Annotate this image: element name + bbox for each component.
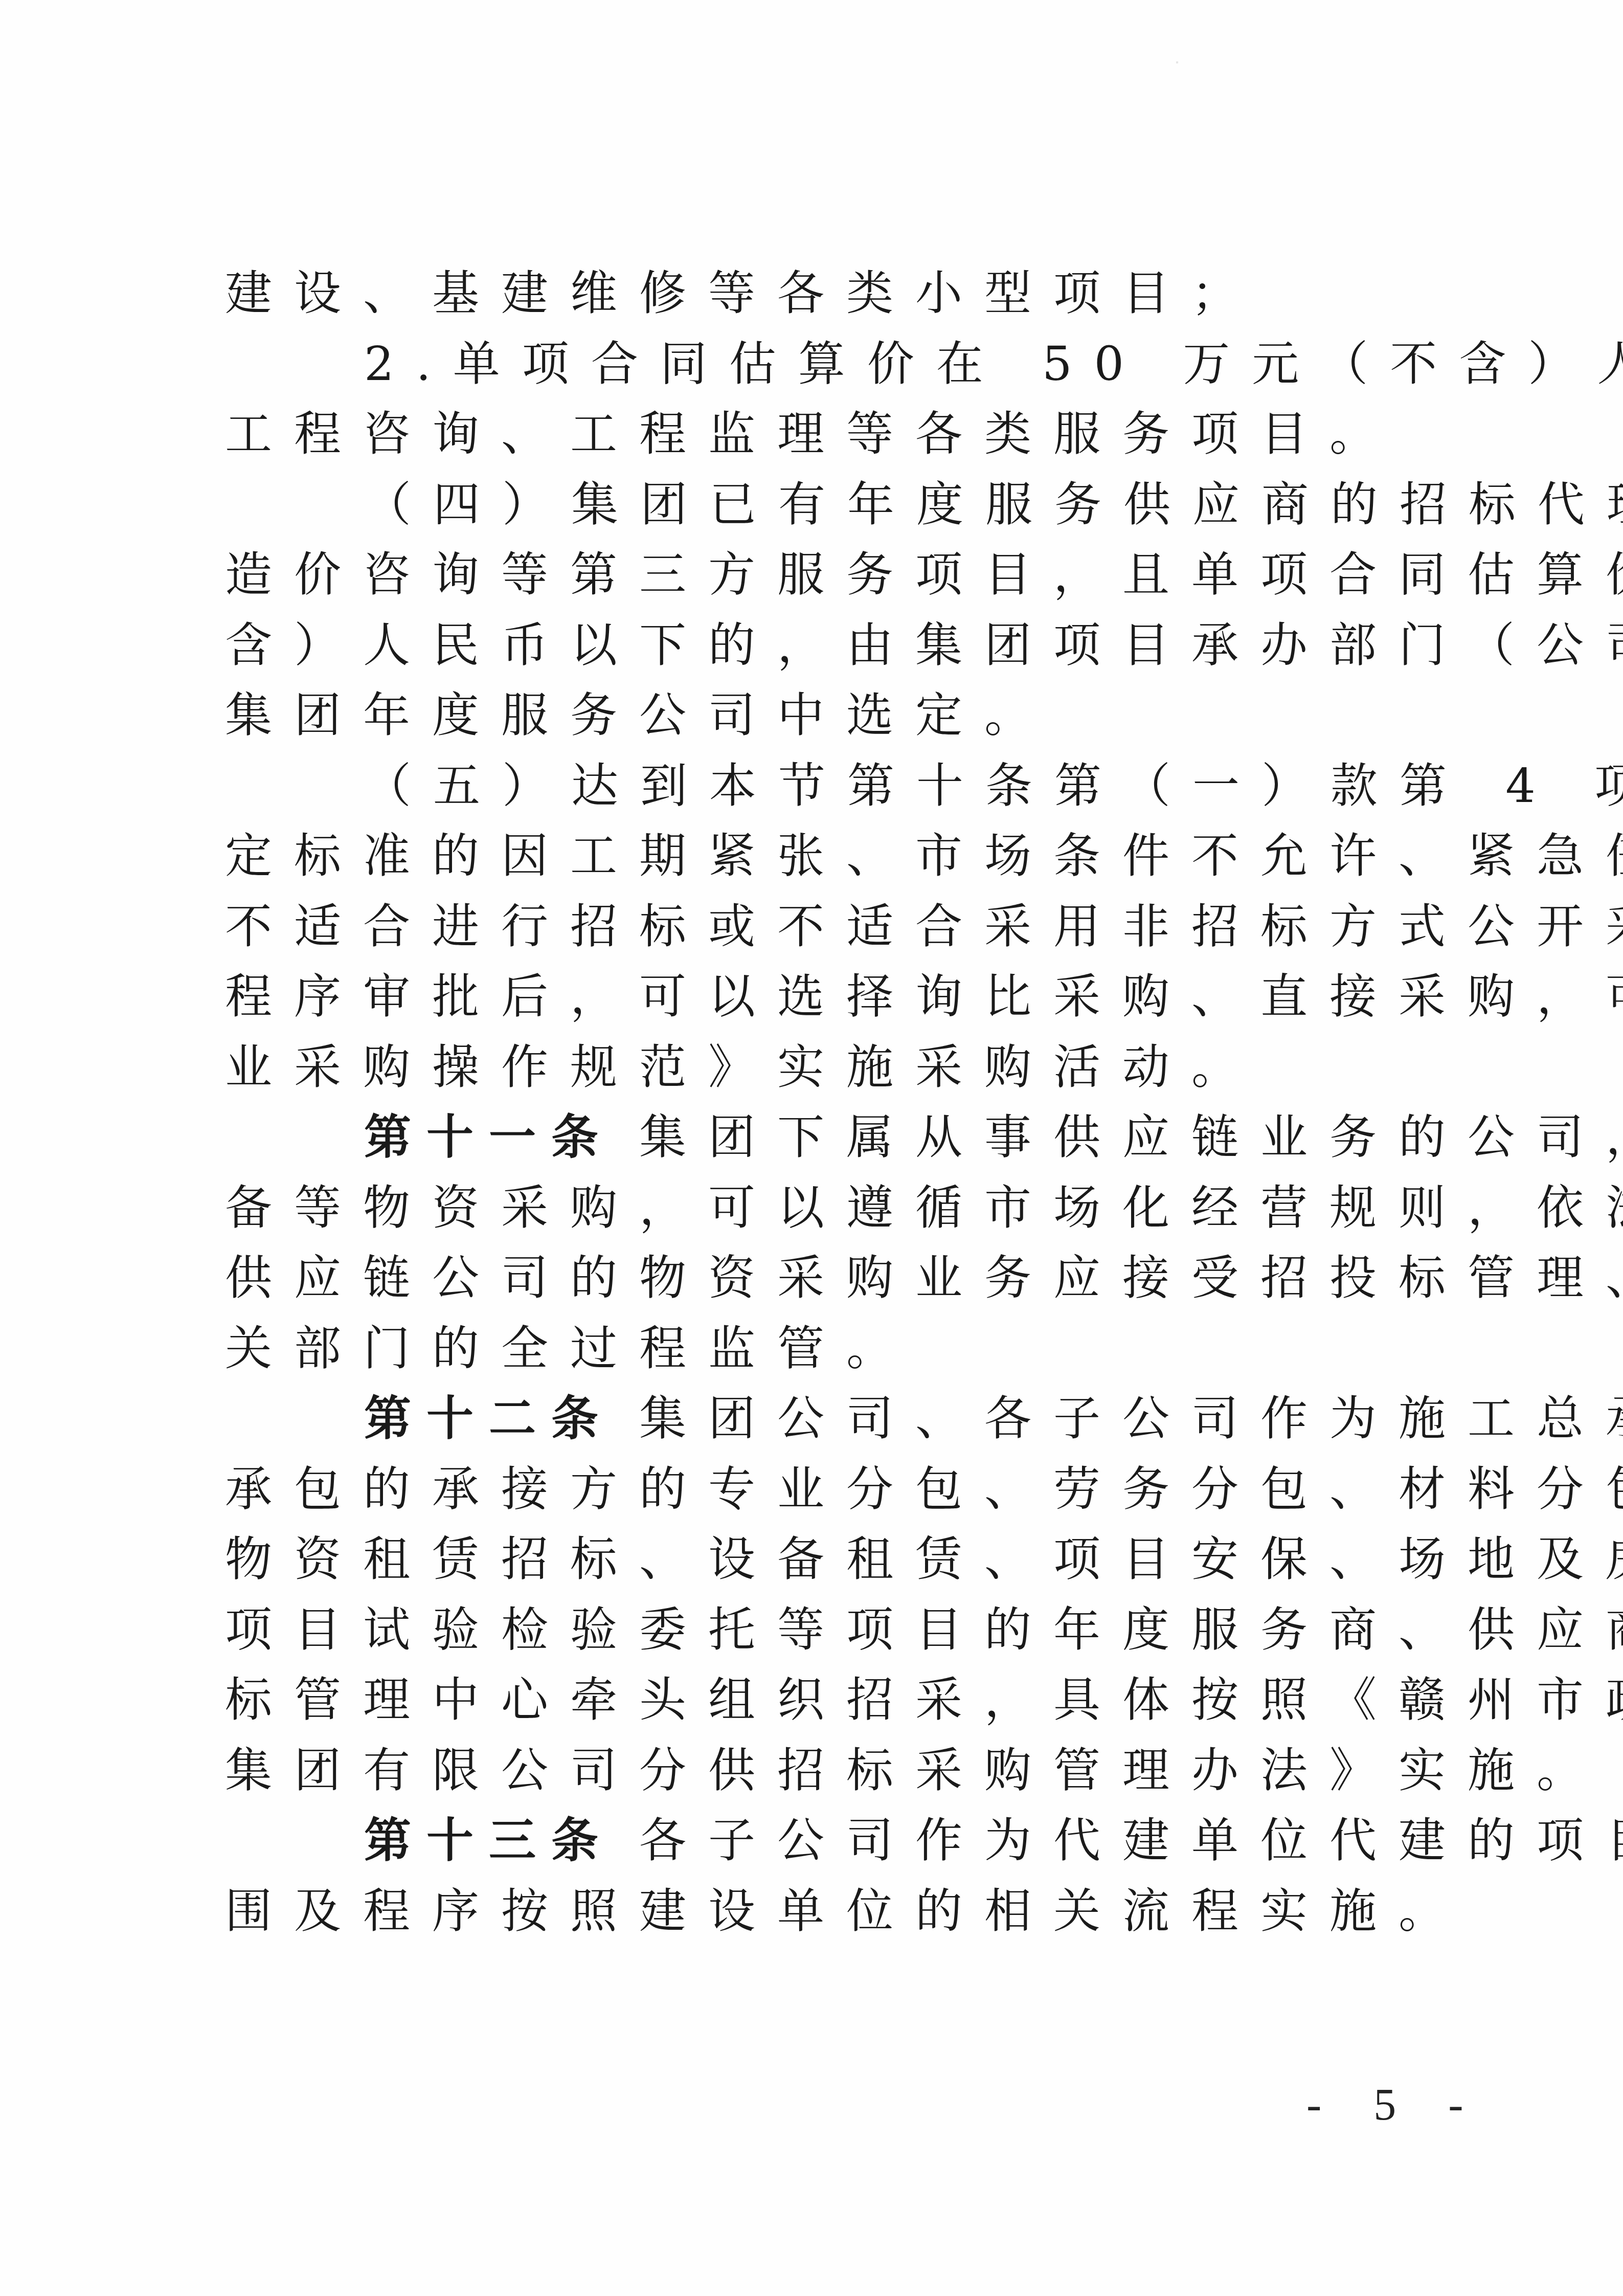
text-line: （四）集团已有年度服务供应商的招标代理、工程咨询、 (225, 470, 1416, 540)
line-text: 程序审批后，可以选择询比采购、直接采购，可参考《国有企 (225, 969, 1623, 1024)
text-line: 不适合进行招标或不适合采用非招标方式公开采购的项目，按 (225, 891, 1416, 962)
line-text: （四）集团已有年度服务供应商的招标代理、工程咨询、 (364, 477, 1623, 532)
text-line: 造价咨询等第三方服务项目，且单项合同估算价在 50 万元（不 (225, 540, 1416, 610)
text-line: 集团年度服务公司中选定。 (225, 680, 1416, 751)
article-heading: 第十二条 (364, 1391, 614, 1446)
article-heading: 第十一条 (364, 1110, 614, 1165)
text-line: 承包的承接方的专业分包、劳务分包、材料分包、设备分包、 (225, 1454, 1416, 1525)
text-line: 项目试验检验委托等项目的年度服务商、供应商，由集团招投 (225, 1595, 1416, 1665)
line-text: 集团有限公司分供招标采购管理办法》实施。 (225, 1743, 1606, 1798)
line-text: 标管理中心牵头组织招采，具体按照《赣州市政公用投资控股 (225, 1673, 1623, 1727)
text-line: 程序审批后，可以选择询比采购、直接采购，可参考《国有企 (225, 962, 1416, 1032)
text-line: 标管理中心牵头组织招采，具体按照《赣州市政公用投资控股 (225, 1665, 1416, 1735)
line-text: 含）人民币以下的，由集团项目承办部门（公司）按照规定从 (225, 618, 1623, 673)
line-text: 备等物资采购，可以遵循市场化经营规则，依法依规组织实施， (225, 1180, 1623, 1235)
scan-artifact (1176, 61, 1178, 63)
line-text: 集团年度服务公司中选定。 (225, 688, 1053, 743)
text-line: 物资租赁招标、设备租赁、项目安保、场地及房屋租赁洽谈、 (225, 1524, 1416, 1595)
line-text: 工程咨询、工程监理等各类服务项目。 (225, 407, 1399, 461)
line-text: 造价咨询等第三方服务项目，且单项合同估算价在 50 万元（不 (225, 547, 1623, 602)
text-line: 业采购操作规范》实施采购活动。 (225, 1032, 1416, 1103)
line-text: 关部门的全过程监管。 (225, 1321, 915, 1376)
text-line: 工程咨询、工程监理等各类服务项目。 (225, 399, 1416, 470)
line-text: 项目试验检验委托等项目的年度服务商、供应商，由集团招投 (225, 1602, 1623, 1657)
article-heading: 第十三条 (364, 1813, 614, 1868)
text-line: 2.单项合同估算价在 50 万元（不含）人民币以下的物资、 (225, 329, 1416, 399)
line-text: 建设、基建维修等各类小型项目； (225, 266, 1260, 321)
line-text: 供应链公司的物资采购业务应接受招投标管理、风险控制等相 (225, 1251, 1623, 1305)
text-line: 建设、基建维修等各类小型项目； (225, 258, 1416, 329)
line-text: 定标准的因工期紧张、市场条件不允许、紧急任务或其他原因 (225, 829, 1623, 883)
line-text: 集团公司、各子公司作为施工总承包、项目总 (639, 1391, 1623, 1446)
article-line: 第十二条集团公司、各子公司作为施工总承包、项目总 (225, 1384, 1416, 1454)
text-line: 备等物资采购，可以遵循市场化经营规则，依法依规组织实施， (225, 1173, 1416, 1243)
text-line: （五）达到本节第十条第（一）款第 4 项及第（二）款规 (225, 751, 1416, 821)
text-line: 供应链公司的物资采购业务应接受招投标管理、风险控制等相 (225, 1243, 1416, 1313)
line-text: 物资租赁招标、设备租赁、项目安保、场地及房屋租赁洽谈、 (225, 1532, 1623, 1587)
article-line: 第十三条各子公司作为代建单位代建的项目，其招标范 (225, 1805, 1416, 1876)
line-text: 业采购操作规范》实施采购活动。 (225, 1040, 1260, 1095)
text-line: 定标准的因工期紧张、市场条件不允许、紧急任务或其他原因 (225, 821, 1416, 891)
page-number: - 5 - (1306, 2079, 1484, 2131)
document-body: 建设、基建维修等各类小型项目；2.单项合同估算价在 50 万元（不含）人民币以下… (225, 258, 1416, 1946)
text-line: 围及程序按照建设单位的相关流程实施。 (225, 1876, 1416, 1947)
text-line: 集团有限公司分供招标采购管理办法》实施。 (225, 1735, 1416, 1806)
line-text: 2.单项合同估算价在 50 万元（不含）人民币以下的物资、 (364, 337, 1623, 391)
line-text: 各子公司作为代建单位代建的项目，其招标范 (639, 1813, 1623, 1868)
line-text: （五）达到本节第十条第（一）款第 4 项及第（二）款规 (364, 759, 1623, 813)
line-text: 集团下属从事供应链业务的公司，其材料、设 (639, 1110, 1623, 1165)
document-page: 建设、基建维修等各类小型项目；2.单项合同估算价在 50 万元（不含）人民币以下… (0, 0, 1623, 2296)
article-line: 第十一条集团下属从事供应链业务的公司，其材料、设 (225, 1102, 1416, 1173)
text-line: 关部门的全过程监管。 (225, 1313, 1416, 1384)
line-text: 承包的承接方的专业分包、劳务分包、材料分包、设备分包、 (225, 1462, 1623, 1517)
line-text: 不适合进行招标或不适合采用非招标方式公开采购的项目，按 (225, 899, 1623, 954)
text-line: 含）人民币以下的，由集团项目承办部门（公司）按照规定从 (225, 610, 1416, 681)
line-text: 围及程序按照建设单位的相关流程实施。 (225, 1884, 1468, 1938)
